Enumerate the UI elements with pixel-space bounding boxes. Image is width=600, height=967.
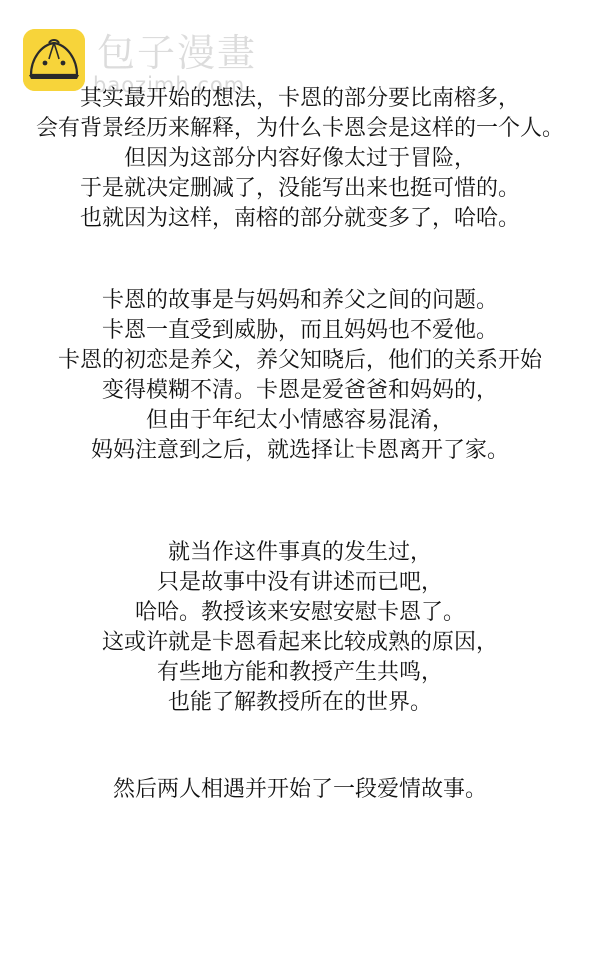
text-line: 卡恩的初恋是养父，养父知晓后，他们的关系开始 [0, 346, 600, 376]
text-line: 但因为这部分内容好像太过于冒险， [0, 144, 600, 174]
paragraph-block: 其实最开始的想法，卡恩的部分要比南榕多， 会有背景经历来解释，为什么卡恩会是这样… [0, 84, 600, 234]
text-line: 这或许就是卡恩看起来比较成熟的原因， [0, 628, 600, 658]
text-line: 其实最开始的想法，卡恩的部分要比南榕多， [0, 84, 600, 114]
text-line: 卡恩一直受到威胁，而且妈妈也不爱他。 [0, 316, 600, 346]
text-line: 也能了解教授所在的世界。 [0, 688, 600, 718]
paragraph-block: 卡恩的故事是与妈妈和养父之间的问题。 卡恩一直受到威胁，而且妈妈也不爱他。 卡恩… [0, 286, 600, 466]
text-line: 然后两人相遇并开始了一段爱情故事。 [0, 775, 600, 805]
steamed-bun-icon [23, 29, 85, 91]
paragraph-block: 然后两人相遇并开始了一段爱情故事。 [0, 775, 600, 805]
text-line: 有些地方能和教授产生共鸣， [0, 658, 600, 688]
text-line: 会有背景经历来解释，为什么卡恩会是这样的一个人。 [0, 114, 600, 144]
text-line: 只是故事中没有讲述而已吧， [0, 568, 600, 598]
text-line: 哈哈。教授该来安慰安慰卡恩了。 [0, 598, 600, 628]
text-line: 但由于年纪太小情感容易混淆， [0, 406, 600, 436]
watermark-title: 包子漫畫 [97, 31, 257, 75]
paragraph-block: 就当作这件事真的发生过， 只是故事中没有讲述而已吧， 哈哈。教授该来安慰安慰卡恩… [0, 538, 600, 718]
text-line: 于是就决定删减了，没能写出来也挺可惜的。 [0, 174, 600, 204]
text-line: 卡恩的故事是与妈妈和养父之间的问题。 [0, 286, 600, 316]
text-line: 就当作这件事真的发生过， [0, 538, 600, 568]
text-line: 妈妈注意到之后，就选择让卡恩离开了家。 [0, 436, 600, 466]
text-line: 变得模糊不清。卡恩是爱爸爸和妈妈的， [0, 376, 600, 406]
text-line: 也就因为这样，南榕的部分就变多了，哈哈。 [0, 204, 600, 234]
